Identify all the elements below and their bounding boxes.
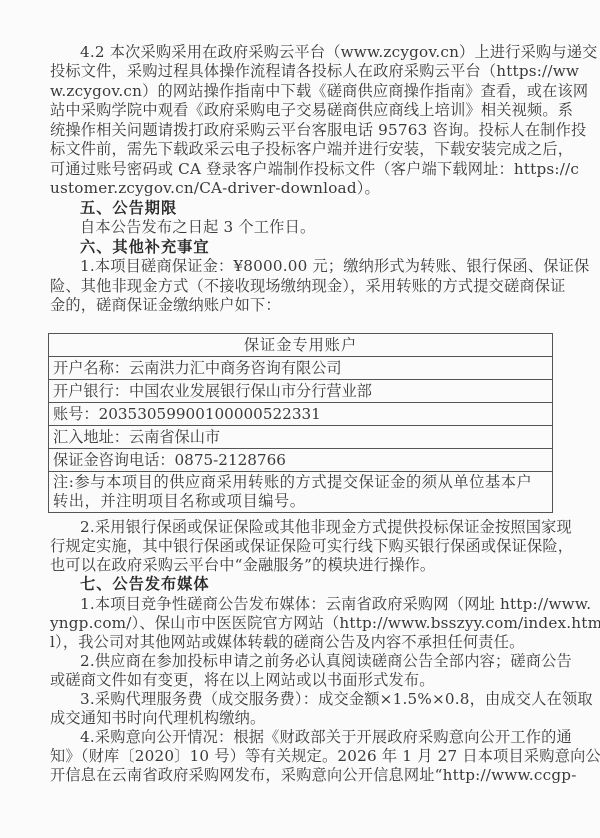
cell-label: 开户银行： bbox=[53, 382, 129, 400]
paragraph-line: 4.采购意向公开情况：根据《财政部关于开展政府采购意向公开工作的通 bbox=[80, 728, 557, 747]
cell-value: 中国农业发展银行保山市分行营业部 bbox=[129, 382, 372, 400]
cell-label: 汇入地址： bbox=[53, 428, 129, 446]
paragraph-line: 标文件前，需先下载政采云电子投标客户端并进行安装，下载安装完成之后， bbox=[50, 140, 557, 159]
paragraph-line: 可通过账号密码或 CA 登录客户端制作投标文件（客户端下载网址：https://… bbox=[50, 160, 557, 179]
paragraph-line: 3.采购代理服务费（成交服务费）：成交金额×1.5%×0.8，由成交人在领取 bbox=[80, 690, 557, 709]
document-page: 4.2 本次采购采用在政府采购云平台（www.zcygov.cn）上进行采购与递… bbox=[0, 0, 600, 838]
paragraph-line: yngp.com/）、保山市中医医院官方网站（http://www.bsszyy… bbox=[50, 614, 557, 633]
paragraph-line: 或磋商文件如有变更，将在以上网站或以书面形式发布。 bbox=[50, 671, 557, 690]
table-row: 保证金咨询电话：0875-2128766 bbox=[49, 449, 553, 472]
cell-label: 账号： bbox=[53, 405, 99, 423]
paragraph-line: 4.2 本次采购采用在政府采购云平台（www.zcygov.cn）上进行采购与递… bbox=[80, 43, 557, 62]
paragraph-line: 1.本项目磋商保证金：¥8000.00 元；缴纳形式为转账、银行保函、保证保 bbox=[80, 257, 557, 276]
table-row: 开户名称：云南洪力汇中商务咨询有限公司 bbox=[49, 357, 553, 380]
paragraph-line: 自本公告发布之日起 3 个工作日。 bbox=[80, 218, 557, 237]
paragraph-line: 险、其他非现金方式（不接收现场缴纳现金），采用转账的方式提交磋商保证 bbox=[50, 277, 557, 296]
paragraph-line: l），我公司对其他网站或媒体转载的磋商公告及内容不承担任何责任。 bbox=[50, 633, 557, 652]
phone-cell: 保证金咨询电话：0875-2128766 bbox=[49, 449, 553, 472]
paragraph-line: 也可以在政府采购云平台中“金融服务”的模块进行操作。 bbox=[50, 556, 557, 575]
deposit-account-table: 保证金专用账户 开户名称：云南洪力汇中商务咨询有限公司 开户银行：中国农业发展银… bbox=[48, 333, 553, 513]
paragraph-line: 行规定实施，其中银行保函或保证保险可实行线下购买银行保函或保证保险， bbox=[50, 537, 557, 556]
table-title: 保证金专用账户 bbox=[49, 334, 553, 357]
cell-value: 20353059900100000522331 bbox=[99, 405, 321, 423]
table-row: 汇入地址：云南省保山市 bbox=[49, 426, 553, 449]
address-cell: 汇入地址：云南省保山市 bbox=[49, 426, 553, 449]
account-number-cell: 账号：20353059900100000522331 bbox=[49, 403, 553, 426]
table-row: 注:参与本项目的供应商采用转账的方式提交保证金的须从单位基本户转出，并注明项目名… bbox=[49, 472, 553, 513]
cell-value: 0875-2128766 bbox=[175, 451, 286, 469]
paragraph-line: ustomer.zcygov.cn/CA-driver-download）。 bbox=[50, 179, 557, 198]
section-heading: 五、公告期限 bbox=[80, 199, 587, 218]
paragraph-line: 2.采用银行保函或保证保险或其他非现金方式提供投标保证金按照国家现 bbox=[80, 518, 557, 537]
section-heading: 七、公告发布媒体 bbox=[80, 575, 587, 594]
paragraph-line: 成交通知书时向代理机构缴纳。 bbox=[50, 709, 557, 728]
cell-value: 云南洪力汇中商务咨询有限公司 bbox=[129, 359, 342, 377]
bank-cell: 开户银行：中国农业发展银行保山市分行营业部 bbox=[49, 380, 553, 403]
paragraph-line: 2.供应商在参加投标申请之前务必认真阅读磋商公告全部内容；磋商公告 bbox=[80, 652, 557, 671]
table-row: 账号：20353059900100000522331 bbox=[49, 403, 553, 426]
section-heading: 六、其他补充事宜 bbox=[80, 238, 587, 257]
cell-value: 云南省保山市 bbox=[129, 428, 220, 446]
paragraph-line: w.zcygov.cn）的网站操作指南中下载《磋商供应商操作指南》查看，或在该网 bbox=[50, 82, 557, 101]
paragraph-line: 1.本项目竞争性磋商公告发布媒体：云南省政府采购网（网址 http://www. bbox=[80, 595, 557, 614]
table-row: 开户银行：中国农业发展银行保山市分行营业部 bbox=[49, 380, 553, 403]
cell-label: 保证金咨询电话： bbox=[53, 451, 175, 469]
paragraph-line: 知》（财库〔2020〕10 号）等有关规定。2026 年 1 月 27 日本项目… bbox=[50, 747, 557, 766]
paragraph-line: 统操作相关问题请拨打政府采购云平台客服电话 95763 咨询。投标人在制作投 bbox=[50, 121, 557, 140]
paragraph-line: 站中采购学院中观看《政府采购电子交易磋商供应商线上培训》相关视频。系 bbox=[50, 101, 557, 120]
paragraph-line: 开信息在云南省政府采购网发布，采购意向公开信息网址“http://www.ccg… bbox=[50, 766, 557, 785]
table-header-row: 保证金专用账户 bbox=[49, 334, 553, 357]
note-cell: 注:参与本项目的供应商采用转账的方式提交保证金的须从单位基本户转出，并注明项目名… bbox=[49, 472, 553, 513]
paragraph-line: 投标文件，采购过程具体操作流程请各投标人在政府采购云平台（https://ww bbox=[50, 62, 557, 81]
cell-label: 开户名称： bbox=[53, 359, 129, 377]
paragraph-line: 金的，磋商保证金缴纳账户如下： bbox=[50, 296, 557, 315]
account-name-cell: 开户名称：云南洪力汇中商务咨询有限公司 bbox=[49, 357, 553, 380]
